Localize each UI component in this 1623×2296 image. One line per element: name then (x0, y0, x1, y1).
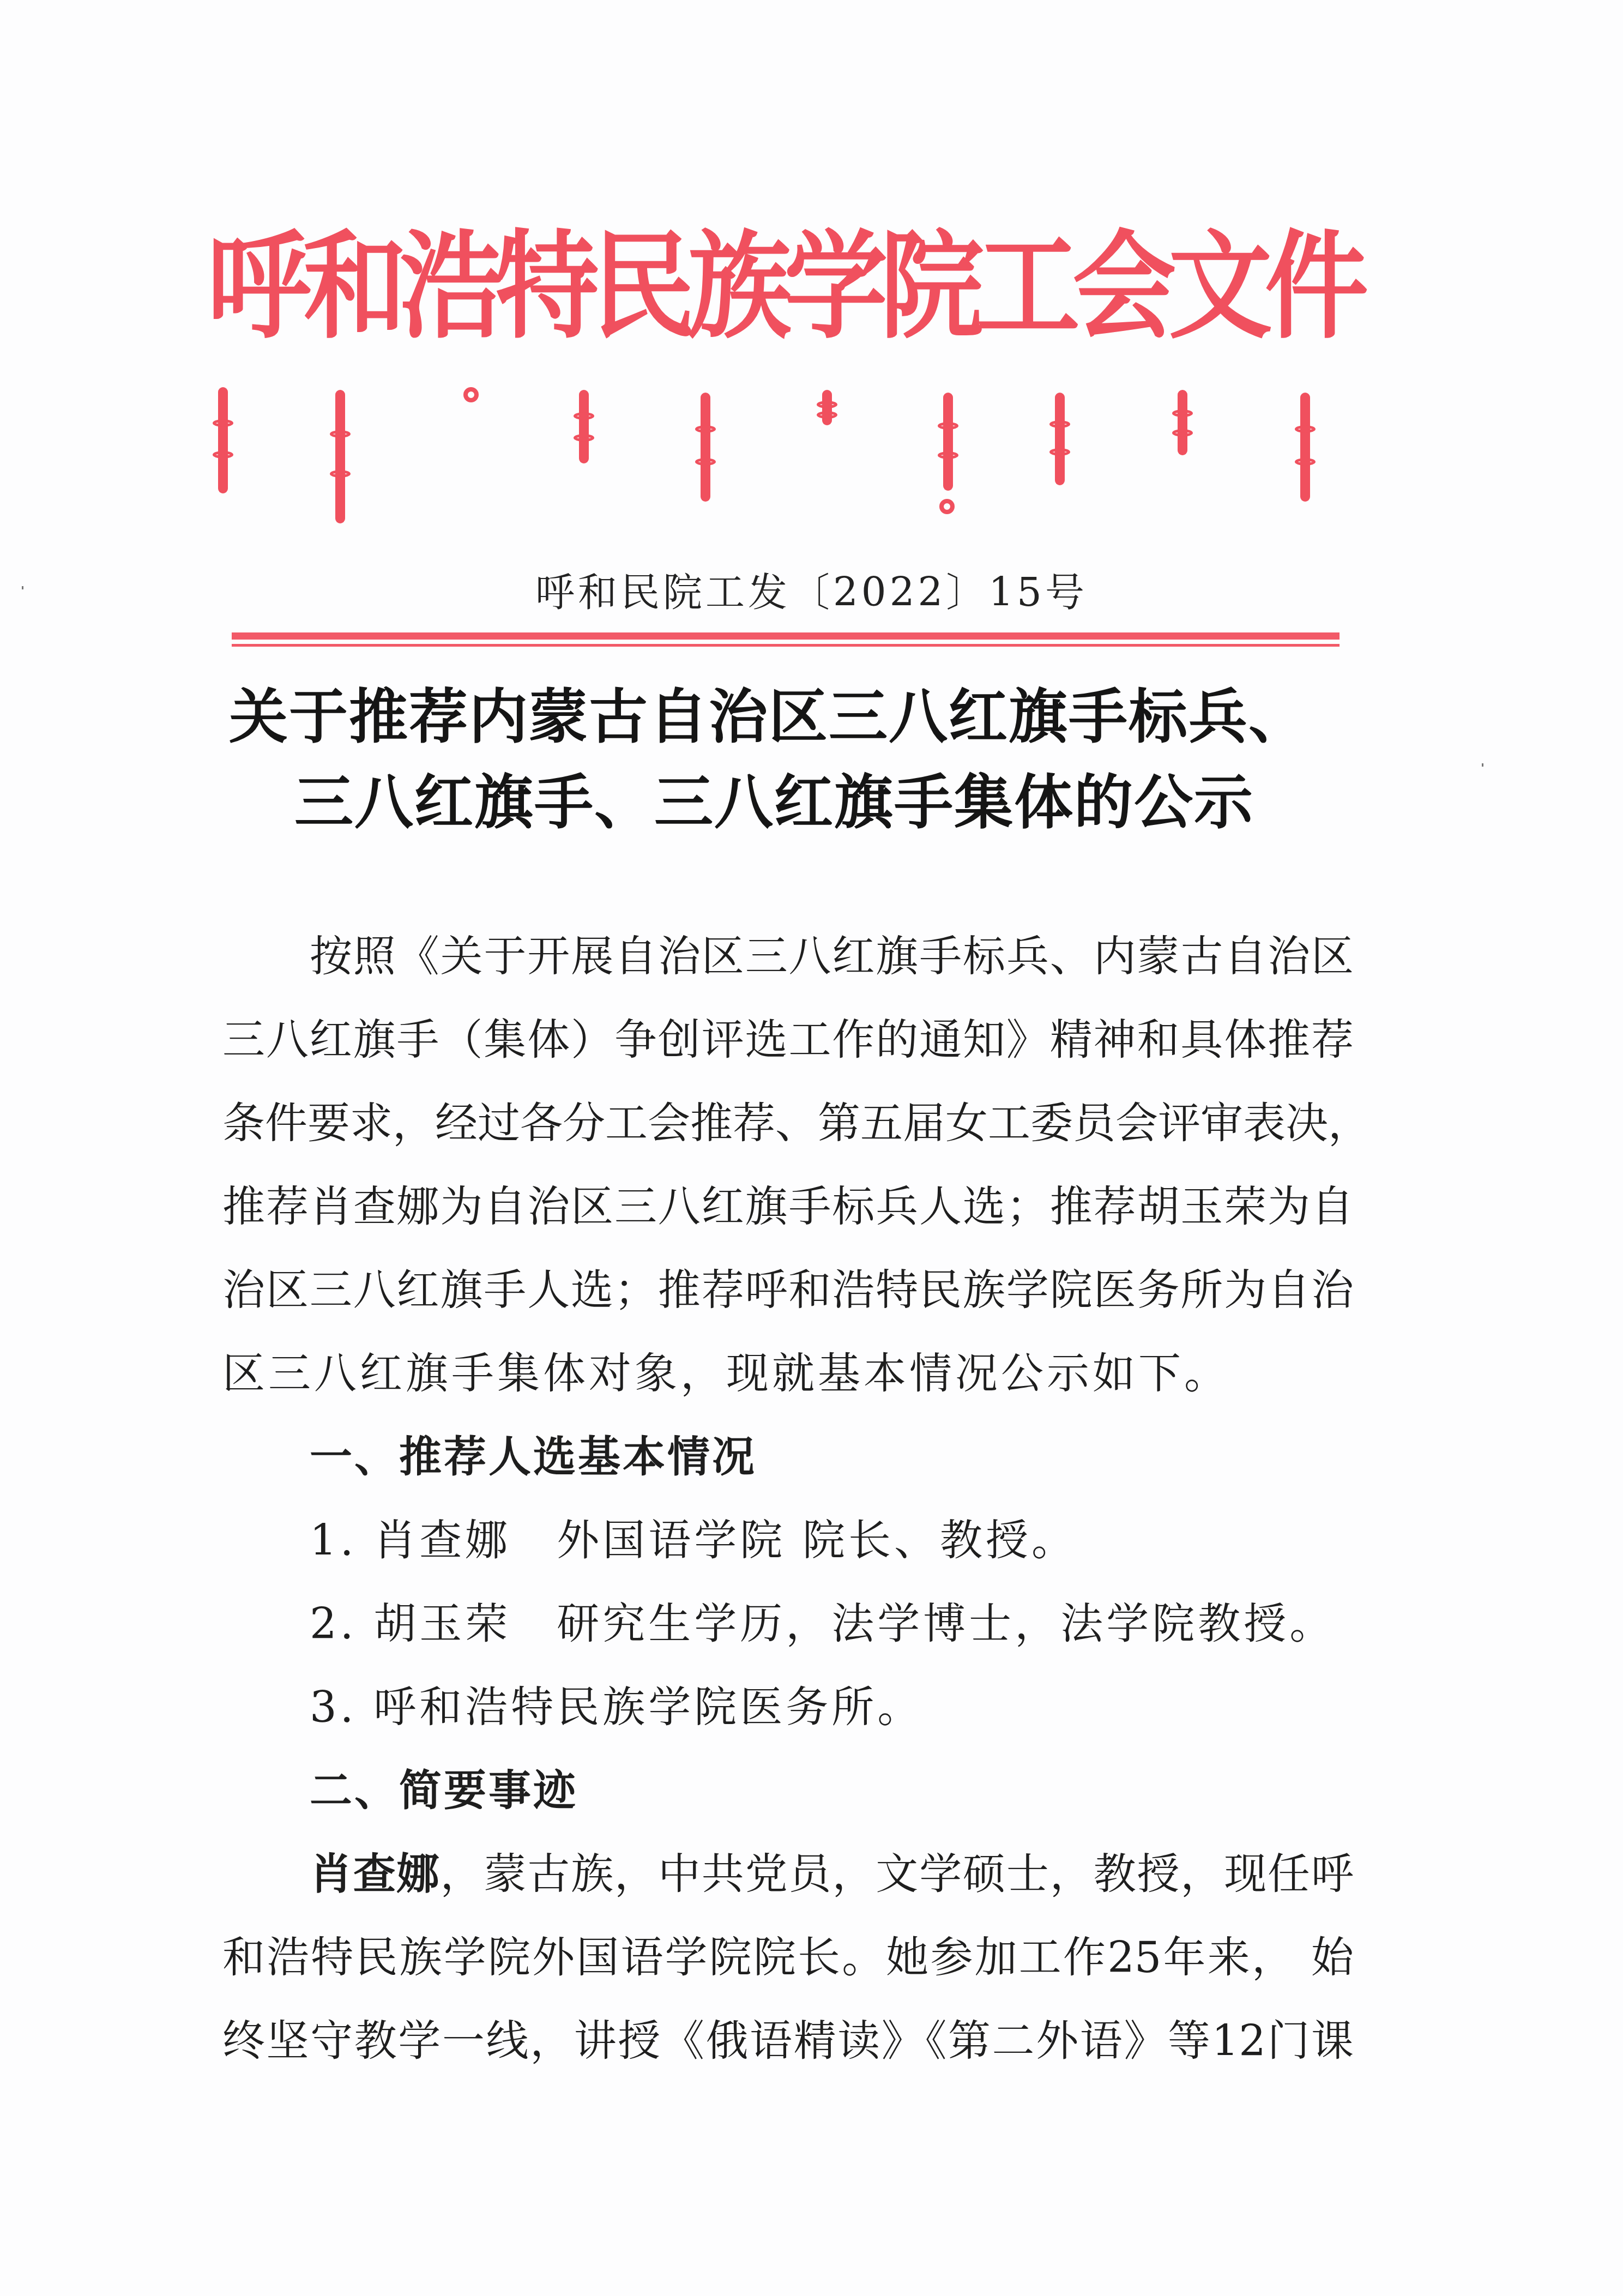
header-char: 院 (880, 228, 968, 345)
org-header-title: 呼 和 浩 特 民 族 学 院 工 会 文 件 (207, 213, 1352, 360)
candidate-item: 3. 呼和浩特民族学院医务所。 (310, 1680, 1354, 1764)
header-char: 特 (496, 228, 583, 345)
mongolian-word (1055, 393, 1065, 485)
header-rule-thin (232, 644, 1340, 647)
document-page: 呼 和 浩 特 民 族 学 院 工 会 文 件 呼和民院工发〔2022〕15号 … (0, 0, 1623, 2296)
paragraph-line: 三八红旗手（集体）争创评选工作的通知》精神和具体推荐 (222, 1013, 1354, 1096)
candidate-item: 2. 胡玉荣 研究生学历，法学博士，法学院教授。 (310, 1597, 1354, 1680)
header-char: 和 (303, 228, 390, 345)
mongolian-word (943, 393, 953, 491)
paragraph-line: 肖查娜，蒙古族，中共党员，文学硕士，教授，现任呼 (310, 1847, 1354, 1931)
candidate-item: 1. 肖查娜 外国语学院 院长、教授。 (310, 1514, 1354, 1597)
header-rule-thick (232, 632, 1340, 640)
mongolian-word (701, 393, 710, 502)
header-char: 呼 (207, 228, 294, 345)
person-name: 肖查娜 (310, 1850, 441, 1899)
header-char: 工 (976, 228, 1064, 345)
paragraph-line: 终坚守教学一线，讲授《俄语精读》《第二外语》等12门课 (222, 2014, 1354, 2098)
header-char: 民 (592, 228, 679, 345)
header-char: 会 (1072, 228, 1160, 345)
mongolian-word (335, 390, 345, 523)
mongolian-word (822, 390, 832, 425)
header-char: 族 (688, 228, 775, 345)
document-title-line1: 关于推荐内蒙古自治区三八红旗手标兵、 (229, 670, 1428, 754)
mongolian-script-header (213, 371, 1352, 534)
scan-speck (1482, 763, 1483, 767)
section-heading-deeds: 二、简要事迹 (310, 1764, 1354, 1847)
document-title-line2: 三八红旗手、三八红旗手集体的公示 (294, 755, 1494, 840)
header-char: 件 (1265, 228, 1352, 345)
paragraph-line: 和浩特民族学院外国语学院院长。她参加工作25年来， 始 (222, 1931, 1354, 2014)
mongolian-word (1178, 390, 1187, 455)
paragraph-line: 条件要求，经过各分工会推荐、第五届女工委员会评审表决， (222, 1096, 1354, 1180)
paragraph-line: 按照《关于开展自治区三八红旗手标兵、内蒙古自治区 (310, 930, 1354, 1013)
mongolian-word (579, 390, 589, 463)
paragraph-line: 区三八红旗手集体对象，现就基本情况公示如下。 (222, 1347, 1354, 1430)
mongolian-word (1300, 393, 1310, 502)
paragraph-line: 治区三八红旗手人选；推荐呼和浩特民族学院医务所为自治 (222, 1263, 1354, 1347)
paragraph-text: ，蒙古族，中共党员，文学硕士，教授，现任呼 (441, 1850, 1354, 1899)
scan-speck (22, 586, 23, 589)
header-char: 文 (1169, 228, 1256, 345)
header-char: 浩 (400, 228, 487, 345)
mongolian-mark (463, 387, 479, 402)
mongolian-word (218, 387, 228, 493)
section-heading-candidates: 一、推荐人选基本情况 (310, 1430, 1354, 1514)
document-number: 呼和民院工发〔2022〕15号 (0, 561, 1623, 617)
paragraph-line: 推荐肖查娜为自治区三八红旗手标兵人选；推荐胡玉荣为自 (222, 1180, 1354, 1263)
mongolian-mark (939, 499, 955, 514)
header-char: 学 (784, 228, 871, 345)
